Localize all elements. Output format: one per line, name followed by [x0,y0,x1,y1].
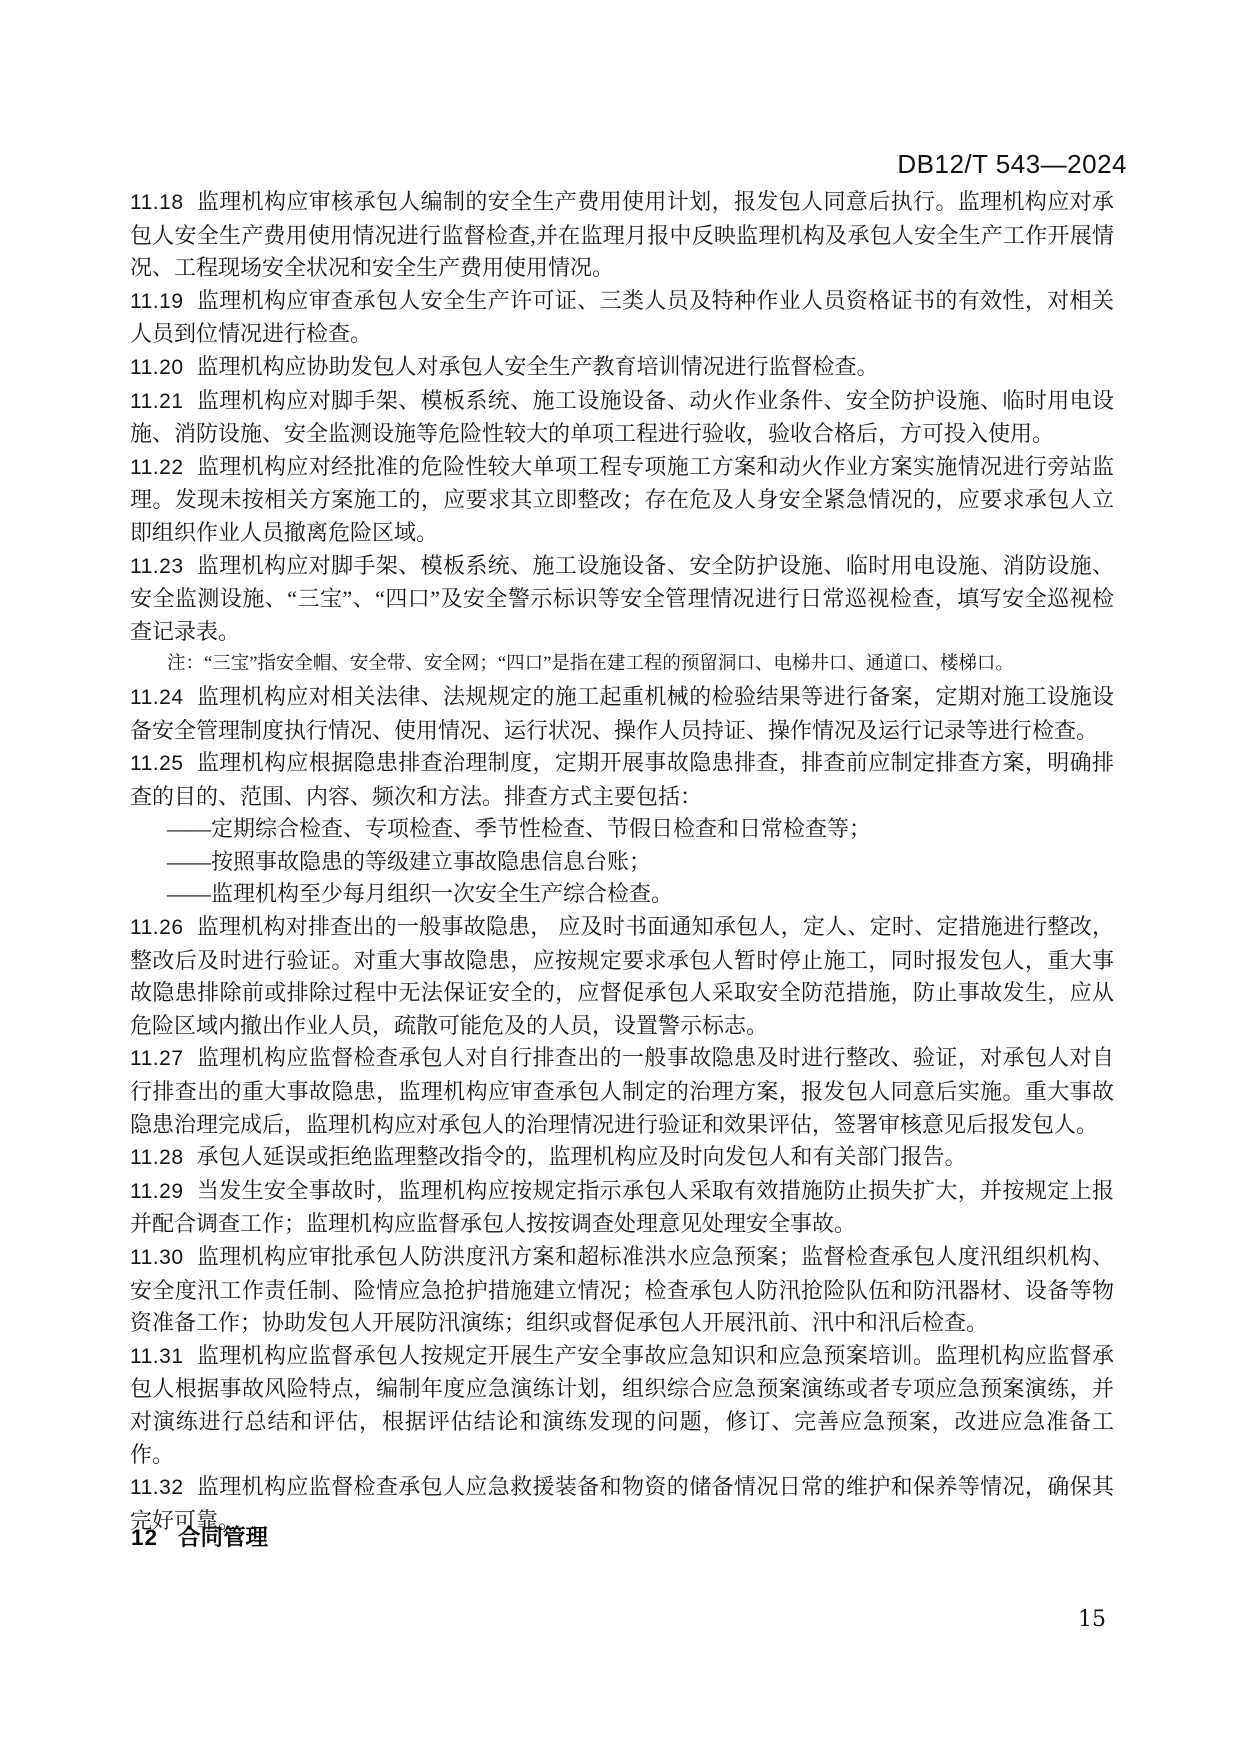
clause-number: 11.26 [130,916,184,939]
clause-number: 11.18 [130,191,184,214]
clause-11.30: 11.30监理机构应审批承包人防洪度汛方案和超标准洪水应急预案；监督检查承包人度… [130,1241,1114,1340]
clause-11.32: 11.32监理机构应监督检查承包人应急救援装备和物资的储备情况日常的维护和保养等… [130,1471,1114,1537]
clause-11.24: 11.24监理机构应对相关法律、法规规定的施工起重机械的检验结果等进行备案，定期… [130,681,1114,747]
dash-text: ——监理机构至少每月组织一次安全生产综合检查。 [167,881,673,906]
clause-number: 11.29 [130,1180,184,1203]
clause-number: 11.32 [130,1476,184,1499]
clause-number: 11.23 [130,555,184,578]
dash-line: ——监理机构至少每月组织一次安全生产综合检查。 [130,878,1114,911]
clause-text: 承包人延误或拒绝监理整改指令的，监理机构应及时向发包人和有关部门报告。 [197,1144,967,1169]
clause-number: 11.19 [130,290,184,313]
clause-number: 11.20 [130,356,184,379]
clause-text: 监理机构应监督承包人按规定开展生产安全事故应急知识和应急预案培训。监理机构应监督… [130,1343,1114,1467]
clause-text: 监理机构应协助发包人对承包人安全生产教育培训情况进行监督检查。 [197,354,879,379]
clause-11.27: 11.27监理机构应监督检查承包人对自行排查出的一般事故隐患及时进行整改、验证，… [130,1042,1114,1141]
section-heading: 12合同管理 [131,1520,268,1552]
document-code: DB12/T 543—2024 [897,149,1127,180]
clause-text: 监理机构应对相关法律、法规规定的施工起重机械的检验结果等进行备案，定期对施工设施… [130,684,1114,743]
clause-text: 监理机构对排查出的一般事故隐患， 应及时书面通知承包人，定人、定时、定措施进行整… [130,914,1114,1038]
clause-number: 11.27 [130,1047,184,1070]
clause-11.29: 11.29当发生安全事故时，监理机构应按规定指示承包人采取有效措施防止损失扩大，… [130,1175,1114,1241]
note-line: 注：“三宝”指安全帽、安全带、安全网；“四口”是指在建工程的预留洞口、电梯井口、… [130,648,1114,681]
clause-text: 监理机构应对脚手架、模板系统、施工设施设备、动火作业条件、安全防护设施、临时用电… [130,388,1114,447]
section-number: 12 [131,1525,158,1550]
clause-number: 11.21 [130,390,184,413]
page-number: 15 [1078,1607,1106,1632]
dash-line: ——按照事故隐患的等级建立事故隐患信息台账； [130,846,1114,879]
clause-11.19: 11.19监理机构应审查承包人安全生产许可证、三类人员及特种作业人员资格证书的有… [130,285,1114,351]
clause-text: 监理机构应对脚手架、模板系统、施工设施设备、安全防护设施、临时用电设施、消防设施… [130,553,1114,644]
clause-11.21: 11.21监理机构应对脚手架、模板系统、施工设施设备、动火作业条件、安全防护设施… [130,385,1114,451]
clause-11.20: 11.20监理机构应协助发包人对承包人安全生产教育培训情况进行监督检查。 [130,351,1114,385]
dash-text: ——按照事故隐患的等级建立事故隐患信息台账； [167,849,651,874]
clause-text: 监理机构应对经批准的危险性较大单项工程专项施工方案和动火作业方案实施情况进行旁站… [130,454,1114,545]
clause-text: 监理机构应审查承包人安全生产许可证、三类人员及特种作业人员资格证书的有效性，对相… [130,288,1114,347]
dash-line: ——定期综合检查、专项检查、季节性检查、节假日检查和日常检查等； [130,813,1114,846]
clause-11.26: 11.26监理机构对排查出的一般事故隐患， 应及时书面通知承包人，定人、定时、定… [130,911,1114,1042]
clause-11.28: 11.28承包人延误或拒绝监理整改指令的，监理机构应及时向发包人和有关部门报告。 [130,1141,1114,1175]
section-title: 合同管理 [178,1525,268,1550]
clause-number: 11.31 [130,1345,184,1368]
clause-number: 11.30 [130,1246,184,1269]
clause-text: 监理机构应监督检查承包人对自行排查出的一般事故隐患及时进行整改、验证，对承包人对… [130,1045,1114,1136]
dash-text: ——定期综合检查、专项检查、季节性检查、节假日检查和日常检查等； [167,816,871,841]
clause-text: 监理机构应监督检查承包人应急救援装备和物资的储备情况日常的维护和保养等情况，确保… [130,1474,1114,1533]
clause-11.23: 11.23监理机构应对脚手架、模板系统、施工设施设备、安全防护设施、临时用电设施… [130,550,1114,649]
clause-11.31: 11.31监理机构应监督承包人按规定开展生产安全事故应急知识和应急预案培训。监理… [130,1340,1114,1471]
clause-11.18: 11.18监理机构应审核承包人编制的安全生产费用使用计划，报发包人同意后执行。监… [130,186,1114,285]
clause-text: 监理机构应根据隐患排查治理制度，定期开展事故隐患排查，排查前应制定排查方案，明确… [130,750,1114,809]
clause-11.25: 11.25监理机构应根据隐患排查治理制度，定期开展事故隐患排查，排查前应制定排查… [130,747,1114,813]
clause-text: 当发生安全事故时，监理机构应按规定指示承包人采取有效措施防止损失扩大，并按规定上… [130,1178,1114,1237]
note-text: 注：“三宝”指安全帽、安全带、安全网；“四口”是指在建工程的预留洞口、电梯井口、… [167,654,1014,674]
clause-number: 11.25 [130,752,184,775]
clause-text: 监理机构应审批承包人防洪度汛方案和超标准洪水应急预案；监督检查承包人度汛组织机构… [130,1244,1114,1335]
clause-text: 监理机构应审核承包人编制的安全生产费用使用计划，报发包人同意后执行。监理机构应对… [130,189,1114,280]
clause-number: 11.22 [130,456,184,479]
clause-number: 11.28 [130,1146,184,1169]
clause-11.22: 11.22监理机构应对经批准的危险性较大单项工程专项施工方案和动火作业方案实施情… [130,451,1114,550]
clause-number: 11.24 [130,686,184,709]
document-body: 11.18监理机构应审核承包人编制的安全生产费用使用计划，报发包人同意后执行。监… [130,186,1114,1537]
